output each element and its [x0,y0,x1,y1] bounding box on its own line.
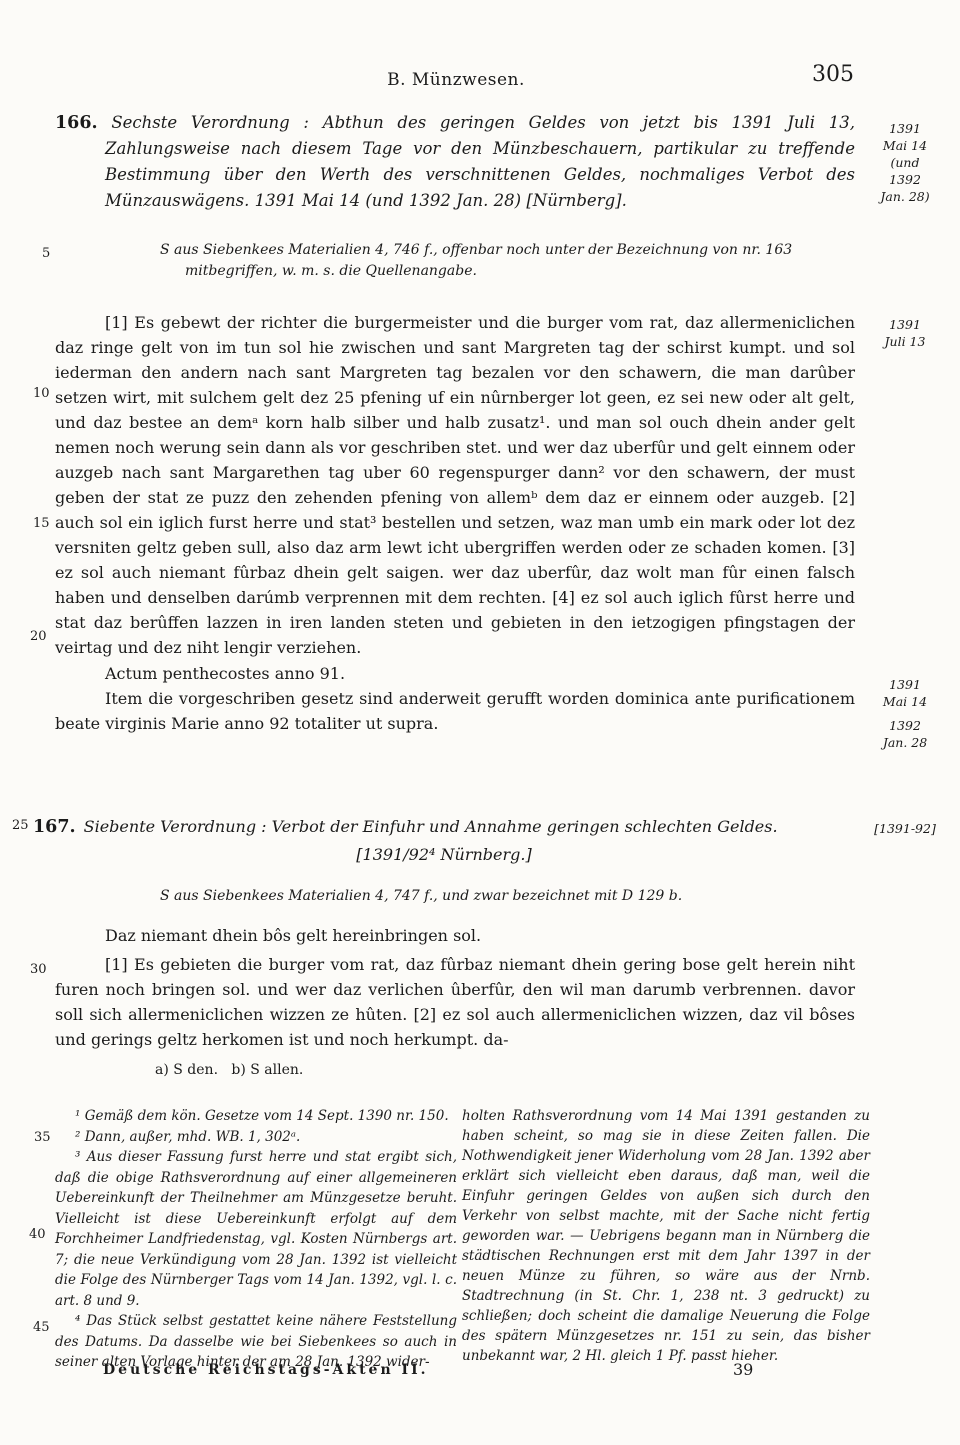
footer-signature: Deutsche Reichstags-Akten II. [103,1362,429,1378]
footer-sheet-number: 39 [733,1360,753,1379]
margin-note-actum-1391-mai14: 1391 Mai 14 [852,676,958,710]
line-number-45: 45 [33,1320,50,1335]
entry-167-heading-date-line: [1391/92⁴ Nürnberg.] [33,842,855,868]
running-head: B. Münzwesen. [0,70,912,90]
entry-166-number: 166. [55,113,98,133]
apparatus-variants: a) S den. b) S allen. [155,1062,303,1078]
line-number-5: 5 [42,246,50,261]
entry-166-heading: 166. Sechste Verordnung : Abthun des ger… [55,110,855,214]
entry-167-source-note: S aus Siebenkees Materialien 4, 747 f., … [160,886,855,907]
footnote-3: ³ Aus dieser Fassung furst herre und sta… [55,1147,457,1311]
entry-167-number: 167. [33,817,76,837]
entry-167-text-heading: Daz niemant dhein bôs gelt hereinbringen… [105,923,855,948]
line-number-10: 10 [33,386,50,401]
entry-166-item-line: Item die vorgeschriben gesetz sind ander… [55,686,855,736]
line-number-20: 20 [30,629,47,644]
footnote-1: ¹ Gemäß dem kön. Gesetze vom 14 Sept. 13… [55,1106,457,1127]
entry-166-source-note: S aus Siebenkees Materialien 4, 746 f., … [160,240,880,282]
entry-167-text: [1] Es gebieten die burger vom rat, daz … [55,952,855,1052]
line-number-25: 25 [12,818,29,833]
entry-167-heading-text: Siebente Verordnung : Verbot der Einfuhr… [84,817,778,836]
line-number-30: 30 [30,962,47,977]
entry-166-heading-text: Sechste Verordnung : Abthun des geringen… [105,113,855,210]
margin-note-1391-92: [1391-92] [852,820,958,837]
margin-note-1391-juli13: 1391 Juli 13 [852,316,958,350]
footnotes-right-column: holten Rathsverordnung vom 14 Mai 1391 g… [462,1106,870,1366]
margin-note-1392-jan28: 1392 Jan. 28 [852,717,958,751]
page-number: 305 [812,62,854,87]
line-number-40: 40 [29,1227,46,1242]
line-number-15: 15 [33,516,50,531]
entry-166: 166. Sechste Verordnung : Abthun des ger… [55,110,855,736]
footnote-2: ² Dann, außer, mhd. WB. 1, 302ᵃ. [55,1127,457,1148]
footnotes-left-column: ¹ Gemäß dem kön. Gesetze vom 14 Sept. 13… [55,1106,457,1373]
margin-note-1391-mai14-und-1392: 1391 Mai 14 (und 1392 Jan. 28) [852,120,958,205]
footnote-4-continuation: holten Rathsverordnung vom 14 Mai 1391 g… [462,1106,870,1366]
entry-166-actum-line: Actum penthecostes anno 91. [55,661,855,686]
line-number-35: 35 [34,1130,51,1145]
entry-166-text: [1] Es gebewt der richter die burgermeis… [55,310,855,660]
entry-167-heading: 167.Siebente Verordnung : Verbot der Ein… [33,814,855,840]
entry-167: 167.Siebente Verordnung : Verbot der Ein… [33,814,855,1052]
